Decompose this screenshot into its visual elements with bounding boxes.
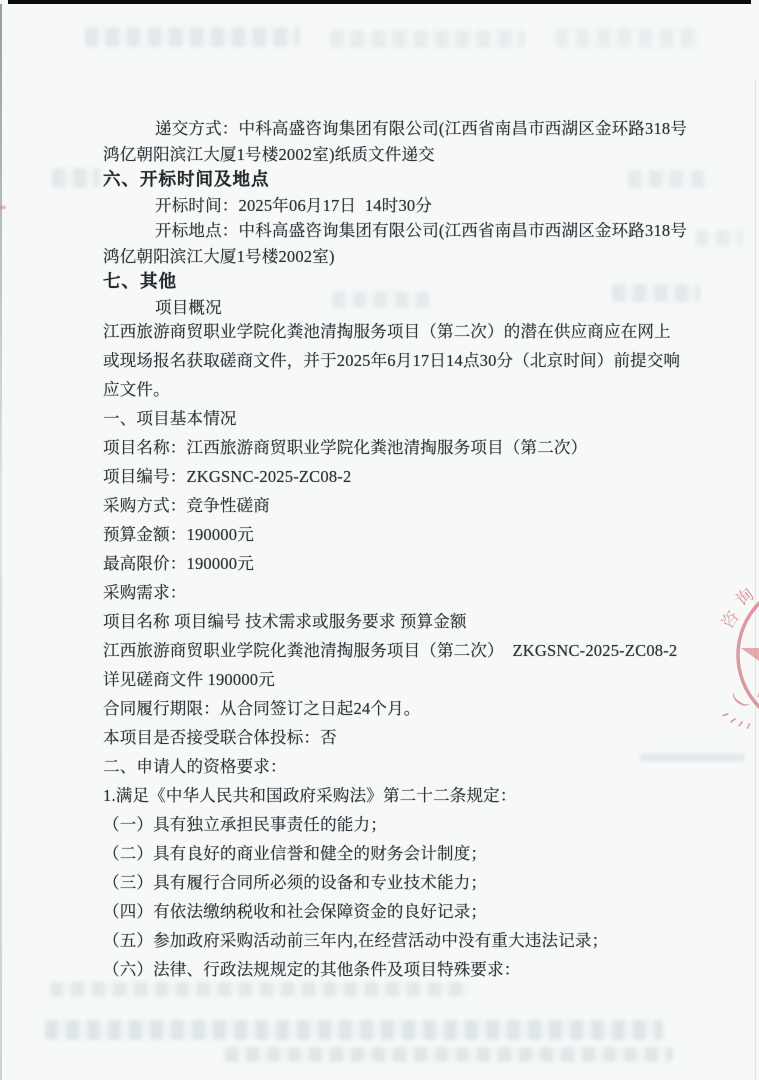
document-line: 最高限价：190000元	[103, 549, 703, 578]
bleedthrough-smudge	[50, 982, 470, 997]
scan-red-speck	[0, 206, 6, 209]
document-line: 二、申请人的资格要求：	[103, 752, 703, 781]
document-line: 一、项目基本情况	[103, 404, 703, 433]
section-heading: 六、开标时间及地点	[103, 167, 703, 193]
bleedthrough-smudge	[52, 168, 100, 188]
document-line: 应文件。	[103, 375, 703, 404]
document-line: 采购方式：竞争性磋商	[103, 491, 703, 520]
bleedthrough-smudge	[225, 1047, 673, 1062]
document-line: 项目名称：江西旅游商贸职业学院化粪池清掏服务项目（第二次）	[103, 433, 703, 462]
official-seal-icon: 询 咨 (	[680, 555, 759, 775]
document-line: （三）具有履行合同所必须的设备和专业技术能力；	[103, 868, 703, 897]
document-line: 1.满足《中华人民共和国政府采购法》第二十二条规定：	[103, 781, 703, 810]
seal-char: 询	[732, 585, 757, 610]
document-line: （二）具有良好的商业信誉和健全的财务会计制度；	[103, 839, 703, 868]
document-line: 开标时间：2025年06月17日 14时30分	[103, 193, 703, 219]
document-line: （五）参加政府采购活动前三年内,在经营活动中没有重大违法记录；	[103, 926, 703, 955]
document-line: 项目编号：ZKGSNC-2025-ZC08-2	[103, 462, 703, 491]
document-line: 预算金额：190000元	[103, 520, 703, 549]
document-line: 递交方式：中科高盛咨询集团有限公司(江西省南昌市西湖区金环路318号	[103, 116, 703, 142]
document-line: 采购需求：	[103, 578, 703, 607]
bleedthrough-smudge	[45, 1020, 663, 1040]
bleedthrough-smudge	[555, 28, 700, 48]
scan-left-edge-shadow	[0, 4, 2, 1080]
document-line: 合同履行期限：从合同签订之日起24个月。	[103, 694, 703, 723]
document-line: 鸿亿朝阳滨江大厦1号楼2002室)纸质文件递交	[103, 142, 703, 168]
scanner-black-bar	[8, 0, 751, 4]
document-line: （六）法律、行政法规规定的其他条件及项目特殊要求：	[103, 955, 703, 984]
bleedthrough-smudge	[330, 30, 525, 48]
seal-tick	[746, 723, 750, 729]
section-heading: 七、其他	[103, 269, 703, 295]
document-line: 项目名称 项目编号 技术需求或服务要求 预算金额	[103, 607, 703, 636]
document-line: 本项目是否接受联合体投标：否	[103, 723, 703, 752]
seal-tick	[722, 713, 728, 717]
text-block-top: 递交方式：中科高盛咨询集团有限公司(江西省南昌市西湖区金环路318号鸿亿朝阳滨江…	[103, 116, 703, 320]
scanned-document-page: { "page": { "blocks": [ { "id": "A", "li…	[0, 0, 759, 1080]
document-line: 详见磋商文件 190000元	[103, 665, 703, 694]
document-line: 或现场报名获取磋商文件，并于2025年6月17日14点30分（北京时间）前提交响	[103, 346, 703, 375]
document-line: 开标地点：中科高盛咨询集团有限公司(江西省南昌市西湖区金环路318号	[103, 218, 703, 244]
bleedthrough-smudge	[85, 27, 300, 47]
document-line: （四）有依法缴纳税收和社会保障资金的良好记录；	[103, 897, 703, 926]
document-line: （一）具有独立承担民事责任的能力；	[103, 810, 703, 839]
document-line: 江西旅游商贸职业学院化粪池清掏服务项目（第二次）的潜在供应商应在网上	[103, 317, 703, 346]
seal-tick	[730, 718, 736, 723]
document-line: 鸿亿朝阳滨江大厦1号楼2002室)	[103, 244, 703, 270]
seal-char: 咨	[718, 607, 743, 632]
text-block-announcement: 江西旅游商贸职业学院化粪池清掏服务项目（第二次）的潜在供应商应在网上或现场报名获…	[103, 317, 703, 984]
document-line: 江西旅游商贸职业学院化粪池清掏服务项目（第二次） ZKGSNC-2025-ZC0…	[103, 636, 703, 665]
seal-tick	[738, 721, 743, 727]
